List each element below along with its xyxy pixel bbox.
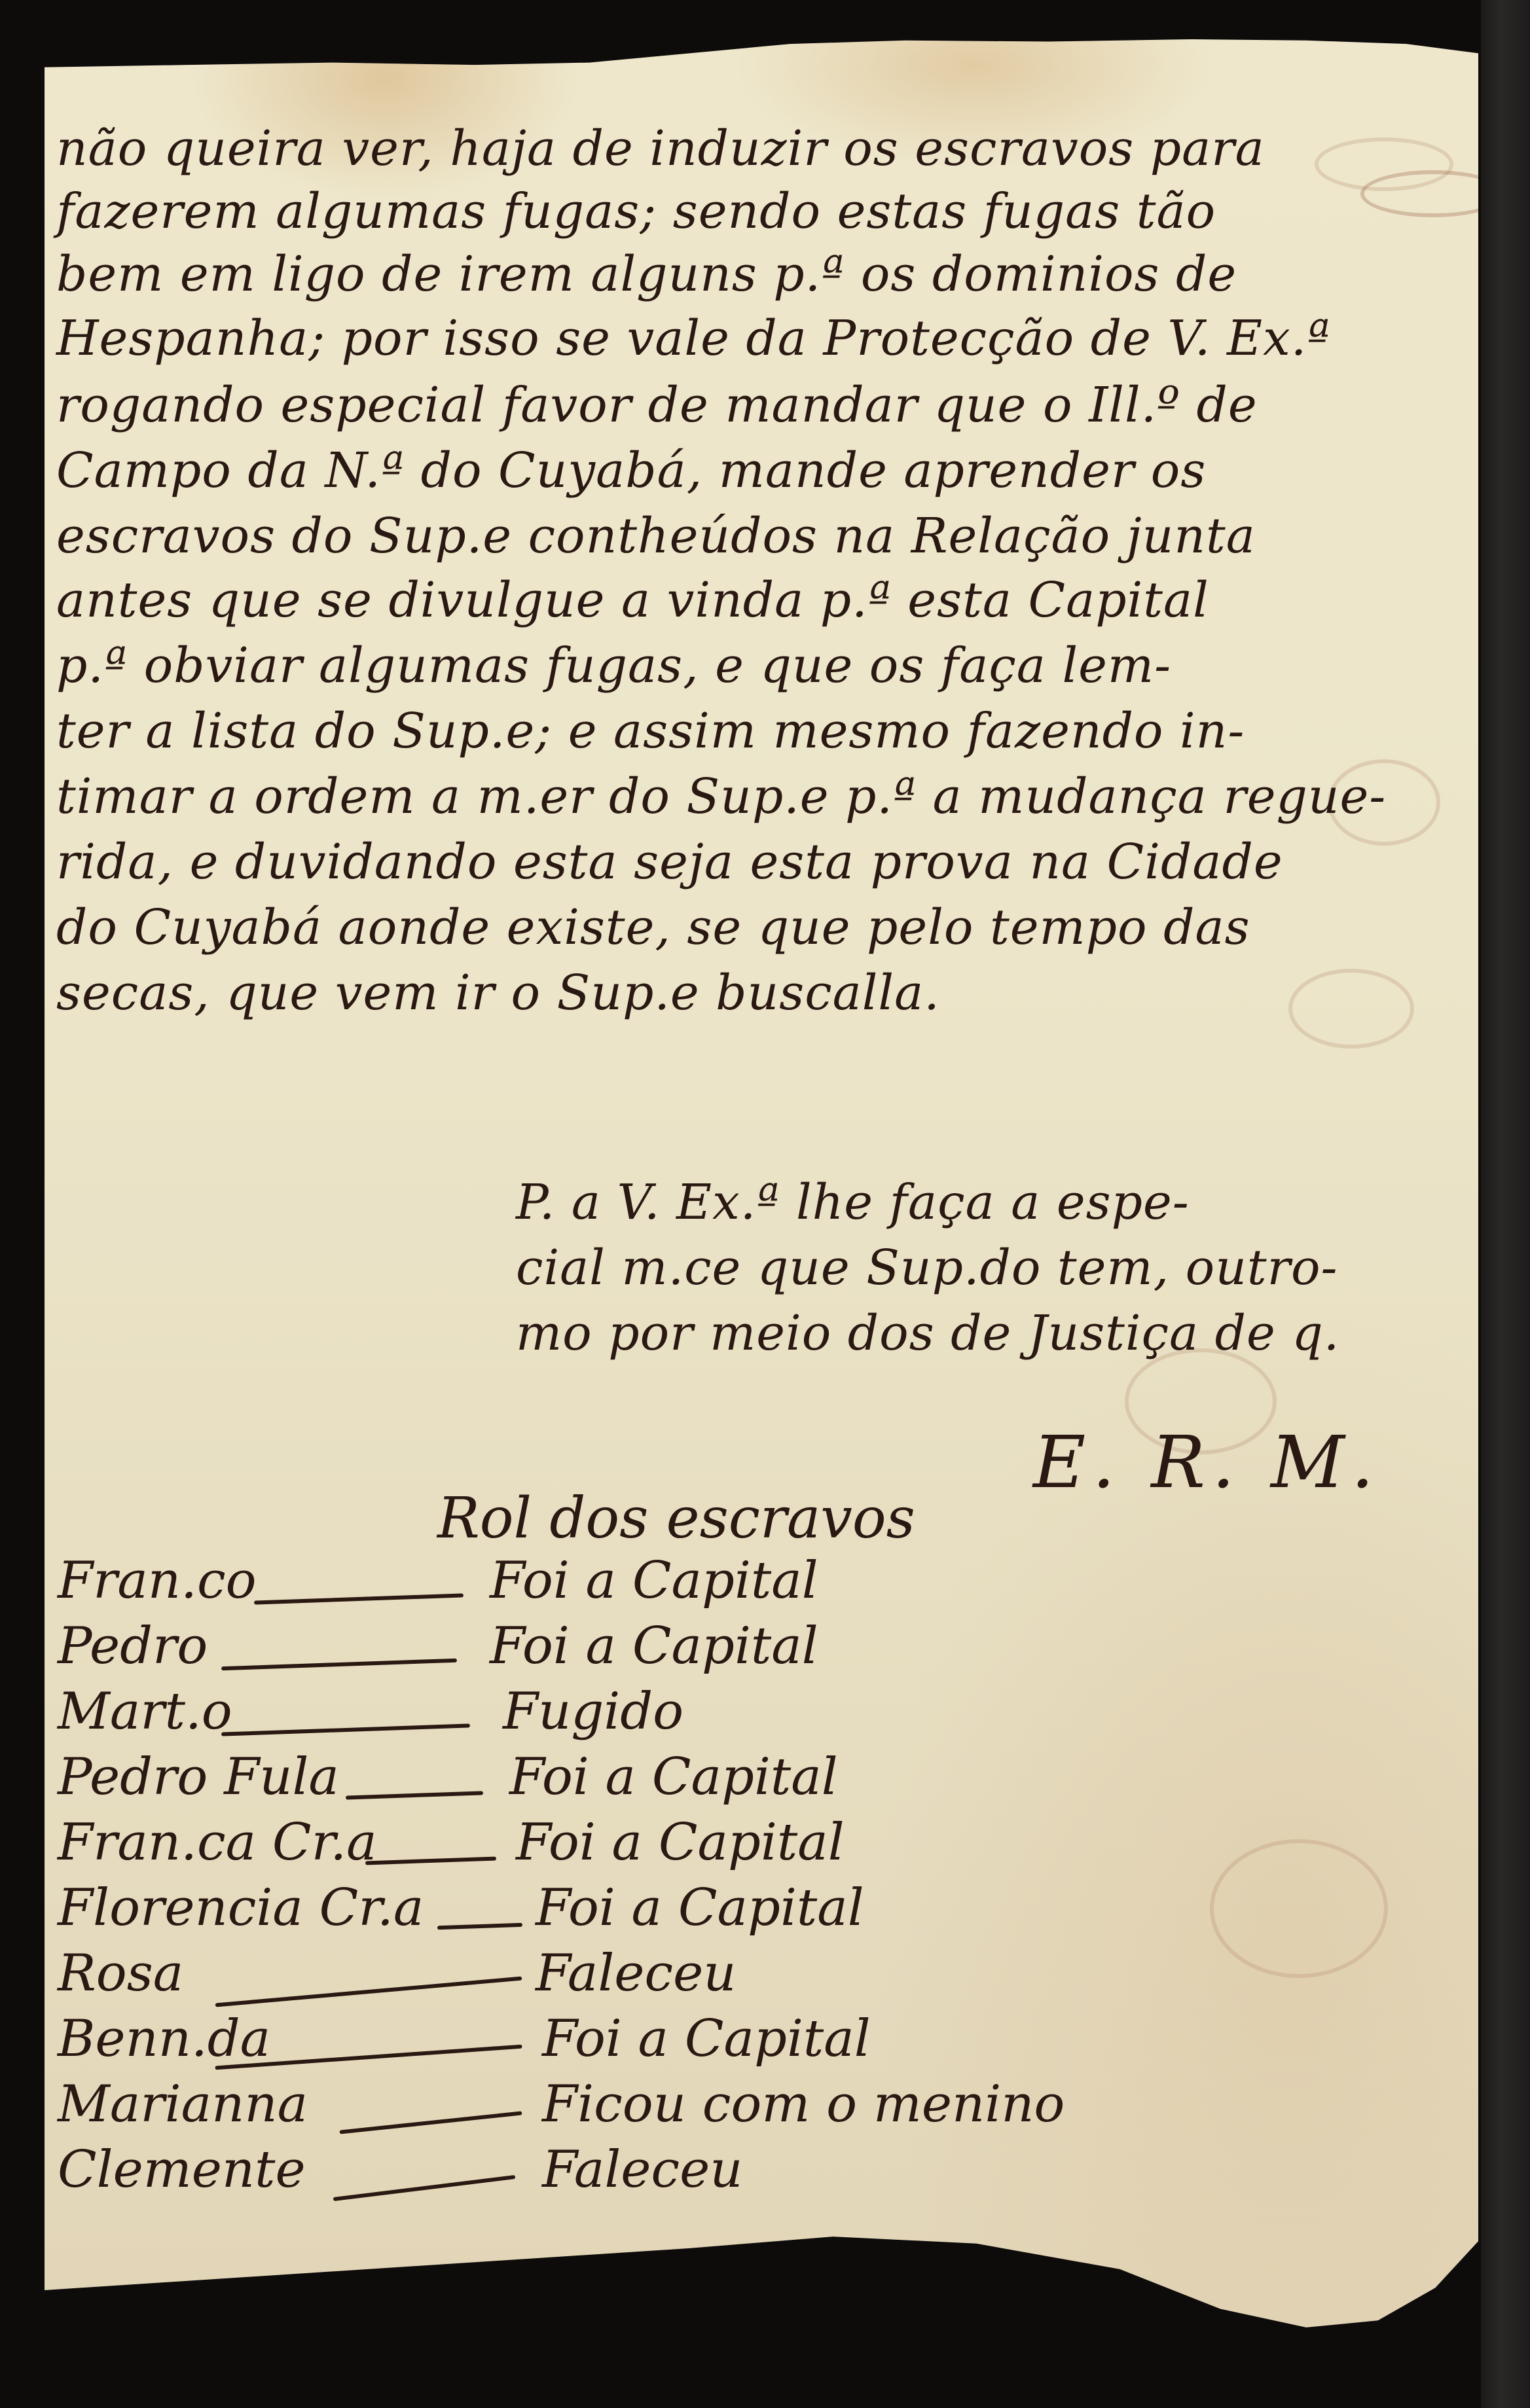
slave-name: Florencia Cr.a: [58, 1878, 424, 1937]
slave-status: Foi a Capital: [509, 1748, 838, 1806]
body-line: ter a lista do Sup.e; e assim mesmo faze…: [56, 707, 1245, 755]
leader-line: [254, 1593, 464, 1604]
leader-line: [365, 1857, 496, 1865]
body-text: não queira ver, haja de induzir os escra…: [56, 124, 1300, 1041]
list-item: Rosa Faleceu: [58, 1931, 1171, 2003]
body-line: p.ª obviar algumas fugas, e que os faça …: [56, 641, 1171, 690]
slave-name: Pedro Fula: [58, 1748, 339, 1806]
body-line: rida, e duvidando esta seja esta prova n…: [56, 838, 1283, 886]
list-item: Clemente Faleceu: [58, 2127, 1171, 2199]
list-item: Pedro Fula Foi a Capital: [58, 1734, 1171, 1806]
body-line: Hespanha; por isso se vale da Protecção …: [56, 314, 1330, 363]
slave-status: Foi a Capital: [516, 1813, 845, 1872]
closing-line: mo por meio dos de Justiça de q.: [516, 1309, 1339, 1357]
list-item: Fran.co Foi a Capital: [58, 1538, 1171, 1610]
scan-backdrop: [1481, 0, 1530, 2408]
slave-status: Ficou com o menino: [542, 2075, 1065, 2134]
body-line: antes que se divulgue a vinda p.ª esta C…: [56, 576, 1209, 624]
leader-line: [346, 1791, 483, 1799]
slave-status: Foi a Capital: [536, 1878, 864, 1937]
closing-line: cial m.ce que Sup.do tem, outro-: [516, 1244, 1338, 1292]
body-line: escravos do Sup.e contheúdos na Relação …: [56, 512, 1256, 560]
list-item: Pedro Foi a Capital: [58, 1604, 1171, 1676]
slave-name: Mart.o: [58, 1682, 232, 1741]
body-line: não queira ver, haja de induzir os escra…: [56, 124, 1265, 173]
slave-list: Fran.co Foi a Capital Pedro Foi a Capita…: [58, 1538, 1171, 2232]
slave-name: Clemente: [58, 2140, 306, 2199]
body-line: Campo da N.ª do Cuyabá, mande aprender o…: [56, 446, 1206, 495]
closing-formula: P. a V. Ex.ª lhe faça a espe- cial m.ce …: [516, 1178, 1367, 1388]
ink-bleed-mark: [1210, 1839, 1388, 1978]
body-line: rogando especial favor de mandar que o I…: [56, 381, 1258, 429]
closing-line: P. a V. Ex.ª lhe faça a espe-: [516, 1178, 1190, 1227]
leader-line: [437, 1923, 522, 1930]
manuscript-page: não queira ver, haja de induzir os escra…: [45, 39, 1478, 2369]
signature-erm: E. R. M.: [1033, 1420, 1381, 1504]
slave-status: Faleceu: [542, 2140, 743, 2199]
list-item: Marianna Ficou com o menino: [58, 2062, 1171, 2134]
slave-name: Marianna: [58, 2075, 308, 2134]
list-item: Mart.o Fugido: [58, 1669, 1171, 1741]
slave-name: Fran.co: [58, 1551, 257, 1610]
slave-name: Pedro: [58, 1617, 208, 1676]
list-item: Florencia Cr.a Foi a Capital: [58, 1865, 1171, 1937]
slave-status: Foi a Capital: [490, 1617, 818, 1676]
body-line: fazerem algumas fugas; sendo estas fugas…: [56, 187, 1216, 236]
body-line: secas, que vem ir o Sup.e buscalla.: [56, 969, 940, 1017]
body-line: do Cuyabá aonde existe, se que pelo temp…: [56, 903, 1250, 952]
list-item: Fran.ca Cr.a Foi a Capital: [58, 1800, 1171, 1872]
ink-bleed-mark: [1288, 969, 1414, 1049]
body-line: timar a ordem a m.er do Sup.e p.ª a muda…: [56, 772, 1386, 821]
slave-status: Foi a Capital: [542, 2009, 871, 2068]
slave-name: Fran.ca Cr.a: [58, 1813, 377, 1872]
slave-status: Foi a Capital: [490, 1551, 818, 1610]
slave-status: Faleceu: [536, 1944, 737, 2003]
slave-name: Rosa: [58, 1944, 183, 2003]
slave-name: Benn.da: [58, 2009, 270, 2068]
leader-line: [333, 2175, 516, 2201]
slave-status: Fugido: [503, 1682, 683, 1741]
body-line: bem em ligo de irem alguns p.ª os domini…: [56, 250, 1237, 298]
list-item: Benn.da Foi a Capital: [58, 1996, 1171, 2068]
